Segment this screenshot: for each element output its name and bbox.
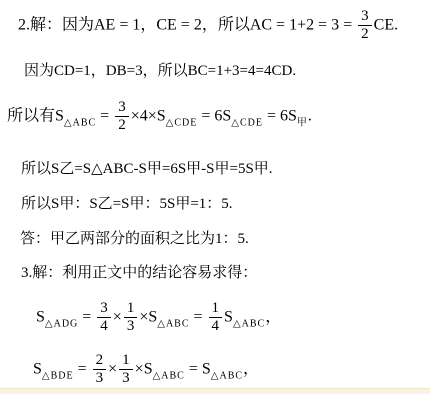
- subscript-jia: 甲: [297, 117, 308, 128]
- formula-text: =: [190, 308, 207, 325]
- math-solution-document: 2.解：因为AE = 1，CE = 2，所以AC = 1+2 = 3 = 32C…: [0, 0, 430, 394]
- solution3-formula-adg: S△ADG = 34×13×S△ABC = 14S△ABC，: [36, 300, 281, 336]
- formula-text: ×S: [139, 308, 157, 325]
- fraction-denominator: 4: [97, 318, 111, 335]
- subscript-triangle-cde: △CDE: [231, 117, 263, 128]
- fraction-numerator: 3: [358, 8, 372, 26]
- fraction: 23: [93, 352, 107, 388]
- formula-text: =: [96, 107, 113, 124]
- formula-text: S: [224, 308, 233, 325]
- formula-text: = 6S: [263, 107, 297, 124]
- fraction-numerator: 2: [93, 352, 107, 370]
- formula-text: .: [308, 107, 312, 124]
- solution3-intro: 3.解：利用正文中的结论容易求得：: [21, 264, 257, 282]
- solution2-answer: 答：甲乙两部分的面积之比为1：5.: [20, 230, 249, 248]
- solution2-step-bc: 因为CD=1，DB=3，所以BC=1+3=4=4CD.: [24, 62, 296, 80]
- formula-text: ×S: [135, 360, 153, 377]
- formula-text: 所以有S: [7, 107, 64, 124]
- statement-text: 3.解：利用正文中的结论容易求得：: [21, 265, 257, 281]
- fraction-denominator: 4: [209, 318, 223, 335]
- solution2-step-ac: 2.解：因为AE = 1，CE = 2，所以AC = 1+2 = 3 = 32C…: [18, 8, 398, 44]
- fraction-numerator: 3: [97, 300, 111, 318]
- formula-text: ×4×S: [131, 107, 166, 124]
- fraction: 13: [124, 300, 138, 336]
- subscript-triangle-abc: △ABC: [233, 318, 265, 329]
- subscript-triangle-abc: △ABC: [64, 117, 96, 128]
- fraction-numerator: 3: [115, 99, 129, 117]
- subscript-triangle-abc: △ABC: [157, 318, 189, 329]
- fraction: 32: [115, 99, 129, 135]
- page-bottom-strip: [0, 388, 430, 394]
- formula-text: ×: [113, 308, 122, 325]
- subscript-triangle-abc: △ABC: [153, 370, 185, 381]
- solution2-step-syi: 所以S乙=S△ABC-S甲=6S甲-S甲=5S甲.: [21, 160, 273, 178]
- fraction: 13: [119, 352, 133, 388]
- formula-text: =: [78, 308, 95, 325]
- solution2-step-ratio: 所以S甲：S乙=S甲：5S甲=1：5.: [21, 195, 233, 213]
- formula-text: S: [36, 308, 45, 325]
- formula-text: CE.: [374, 16, 398, 33]
- fraction: 14: [209, 300, 223, 336]
- statement-text: 所以S甲：S乙=S甲：5S甲=1：5.: [21, 196, 233, 212]
- solution2-step-area: 所以有S△ABC = 32×4×S△CDE = 6S△CDE = 6S甲.: [7, 99, 312, 135]
- subscript-triangle-adg: △ADG: [45, 318, 78, 329]
- fraction: 34: [97, 300, 111, 336]
- fraction-denominator: 3: [124, 318, 138, 335]
- fraction-numerator: 1: [124, 300, 138, 318]
- fraction-denominator: 2: [115, 117, 129, 134]
- statement-text: 答：甲乙两部分的面积之比为1：5.: [20, 231, 249, 247]
- formula-text: = 6S: [197, 107, 231, 124]
- fraction-denominator: 3: [119, 370, 133, 387]
- subscript-triangle-abc: △ABC: [211, 370, 243, 381]
- formula-text: 2.解：因为AE = 1，CE = 2，所以AC = 1+2 = 3 =: [18, 16, 356, 33]
- formula-text: S: [33, 360, 42, 377]
- solution3-formula-bde: S△BDE = 23×13×S△ABC = S△ABC，: [33, 352, 259, 388]
- fraction-denominator: 3: [93, 370, 107, 387]
- formula-text: =: [74, 360, 91, 377]
- formula-text: ，: [243, 360, 259, 377]
- fraction-numerator: 1: [209, 300, 223, 318]
- fraction-numerator: 1: [119, 352, 133, 370]
- fraction-denominator: 2: [358, 26, 372, 43]
- fraction: 32: [358, 8, 372, 44]
- formula-text: ，: [265, 308, 281, 325]
- subscript-triangle-cde: △CDE: [166, 117, 198, 128]
- statement-text: 因为CD=1，DB=3，所以BC=1+3=4=4CD.: [24, 63, 296, 79]
- subscript-triangle-bde: △BDE: [42, 370, 74, 381]
- formula-text: ×: [108, 360, 117, 377]
- formula-text: = S: [185, 360, 211, 377]
- statement-text: 所以S乙=S△ABC-S甲=6S甲-S甲=5S甲.: [21, 161, 273, 177]
